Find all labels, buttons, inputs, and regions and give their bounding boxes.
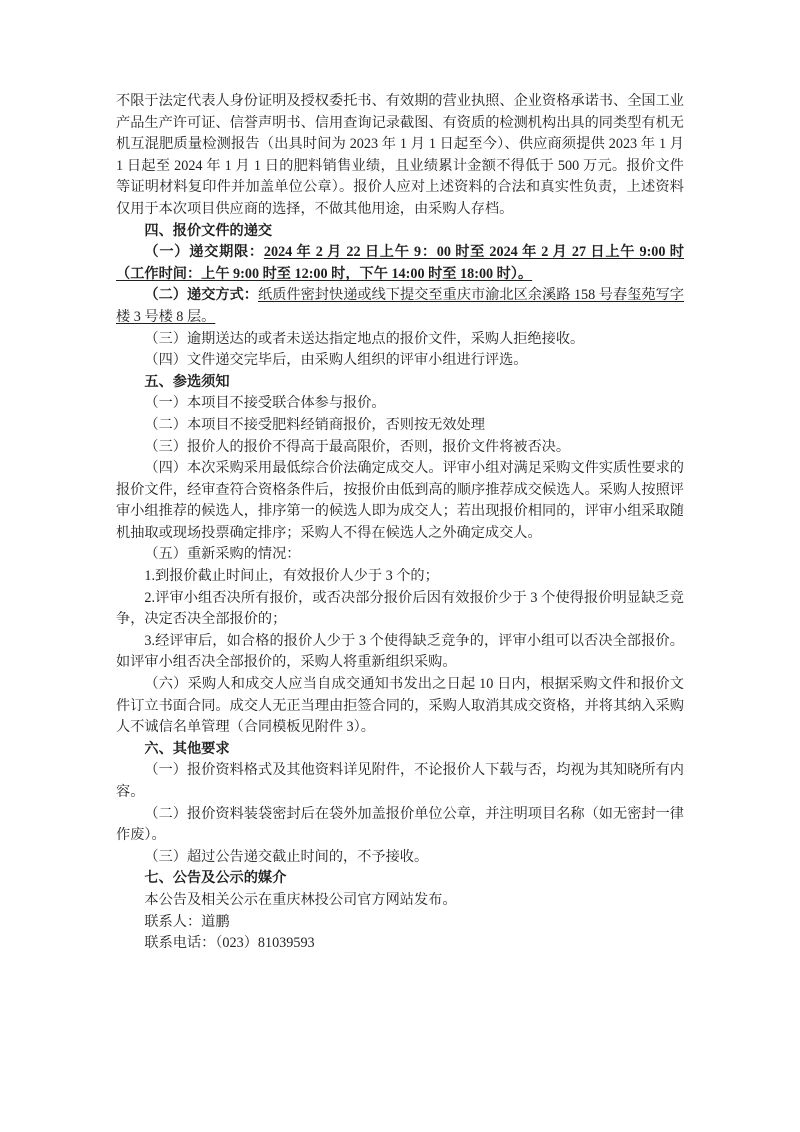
- reprocurement-case-1: 1.到报价截止时间止，有效报价人少于 3 个的；: [116, 566, 684, 588]
- clause-submission-method: （二）递交方式：纸质件密封快递或线下提交至重庆市渝北区余溪路 158 号春玺苑写…: [116, 285, 684, 328]
- clause-label: （一）递交期限：: [144, 244, 263, 260]
- section-heading-5-participation-notes: 五、参选须知: [116, 372, 684, 394]
- clause-late-delivery: （三）逾期送达的或者未送达指定地点的报价文件，采购人拒绝接收。: [116, 329, 684, 351]
- section-heading-4-submission: 四、报价文件的递交: [116, 221, 684, 243]
- announcement-website: 本公告及相关公示在重庆林投公司官方网站发布。: [116, 890, 684, 912]
- clause-submission-deadline: （一）递交期限：2024 年 2 月 22 日上午 9：00 时至 2024 年…: [116, 242, 684, 285]
- paragraph-qualification-materials: 不限于法定代表人身份证明及授权委托书、有效期的营业执照、企业资格承诺书、全国工业…: [116, 91, 684, 221]
- clause-label: （二）递交方式：: [144, 287, 258, 303]
- reprocurement-case-3: 3.经评审后，如合格的报价人少于 3 个使得缺乏竞争的，评审小组可以否决全部报价…: [116, 631, 684, 674]
- note-evaluation-method: （四）本次采购采用最低综合价法确定成交人。评审小组对满足采购文件实质性要求的报价…: [116, 458, 684, 544]
- note-price-ceiling: （三）报价人的报价不得高于最高限价，否则，报价文件将被否决。: [116, 437, 684, 459]
- document-text-block: 不限于法定代表人身份证明及授权委托书、有效期的营业执照、企业资格承诺书、全国工业…: [116, 91, 684, 955]
- section-heading-6-other-requirements: 六、其他要求: [116, 739, 684, 761]
- note-contract-signing: （六）采购人和成交人应当自成交通知书发出之日起 10 日内，根据采购文件和报价文…: [116, 674, 684, 739]
- requirement-sealed-envelope: （二）报价资料装袋密封后在袋外加盖报价单位公章，并注明项目名称（如无密封一律作废…: [116, 804, 684, 847]
- contact-phone: 联系电话：（023）81039593: [116, 933, 684, 955]
- section-heading-7-announcement-media: 七、公告及公示的媒介: [116, 868, 684, 890]
- requirement-deadline-rejection: （三）超过公告递交截止时间的，不予接收。: [116, 847, 684, 869]
- note-reprocurement-cases: （五）重新采购的情况：: [116, 544, 684, 566]
- reprocurement-case-2: 2.评审小组否决所有报价，或否决部分报价后因有效报价少于 3 个使得报价明显缺乏…: [116, 588, 684, 631]
- note-no-distributor: （二）本项目不接受肥料经销商报价，否则按无效处理: [116, 415, 684, 437]
- requirement-attachment-formats: （一）报价资料格式及其他资料详见附件，不论报价人下载与否，均视为其知晓所有内容。: [116, 760, 684, 803]
- document-page: 不限于法定代表人身份证明及授权委托书、有效期的营业执照、企业资格承诺书、全国工业…: [0, 0, 800, 1132]
- paragraph-text: 不限于法定代表人身份证明及授权委托书、有效期的营业执照、企业资格承诺书、全国工业…: [116, 93, 684, 217]
- contact-person: 联系人：道鹏: [116, 912, 684, 934]
- clause-evaluation-after-submission: （四）文件递交完毕后，由采购人组织的评审小组进行评选。: [116, 350, 684, 372]
- note-no-consortium: （一）本项目不接受联合体参与报价。: [116, 393, 684, 415]
